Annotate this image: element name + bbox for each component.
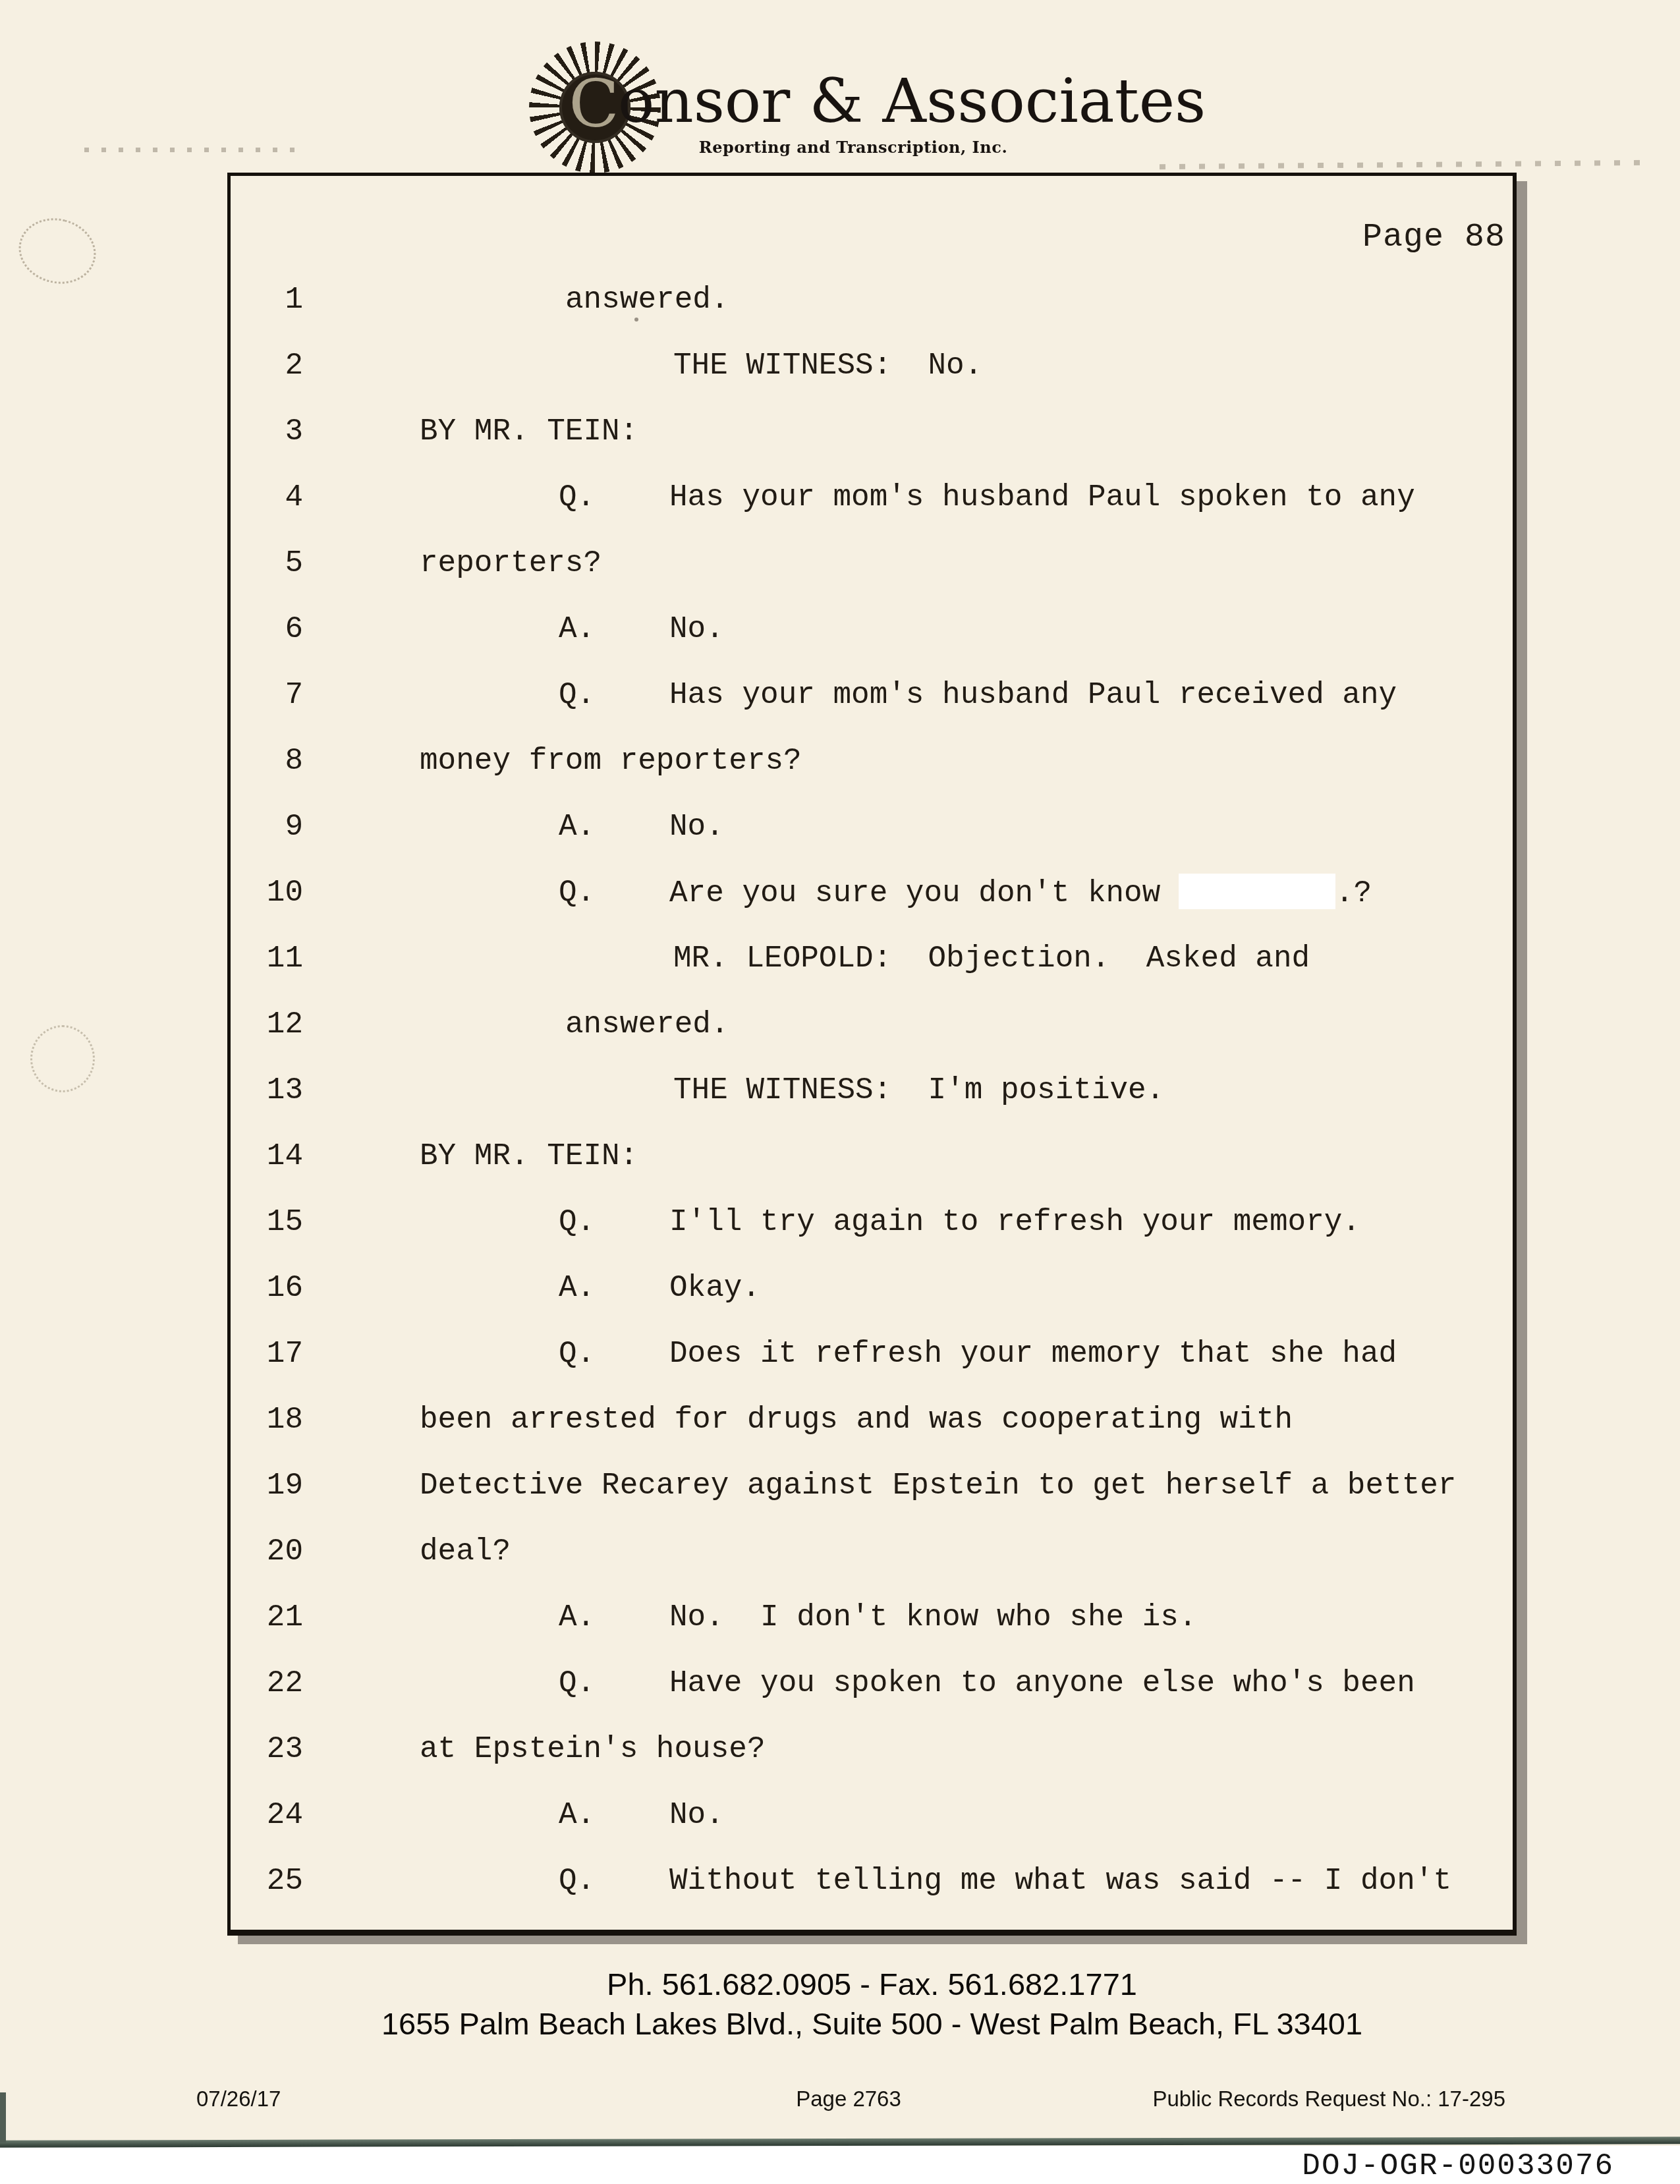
transcript-line: 24A.No. [0, 1796, 1680, 1838]
transcript-page-label: Page 88 [1362, 219, 1505, 256]
line-number: 22 [237, 1664, 303, 1702]
qa-marker: Q. [559, 478, 595, 517]
transcript-line: 19Detective Recarey against Epstein to g… [0, 1467, 1680, 1509]
scanned-transcript-page: C onsor & Associates Reporting and Trans… [0, 0, 1680, 2184]
transcript-line: 8money from reporters? [0, 742, 1680, 784]
line-text: Okay. [669, 1269, 760, 1307]
transcript-line: 14BY MR. TEIN: [0, 1137, 1680, 1179]
line-text: THE WITNESS: No. [673, 347, 982, 385]
transcript-line: 9A.No. [0, 808, 1680, 850]
transcript-line: 12answered. [0, 1005, 1680, 1048]
company-name: onsor & Associates [618, 71, 1206, 132]
line-text: No. [669, 1796, 724, 1834]
transcript-line: 21A.No. I don't know who she is. [0, 1598, 1680, 1640]
transcript-line: 1answered. [0, 281, 1680, 323]
line-number: 7 [237, 676, 303, 714]
line-text: I'll try again to refresh your memory. [669, 1203, 1360, 1241]
line-number: 8 [237, 742, 303, 780]
paper-left-edge [0, 2092, 6, 2142]
transcript-line: 17Q.Does it refresh your memory that she… [0, 1335, 1680, 1377]
transcript-line: 4Q.Has your mom's husband Paul spoken to… [0, 478, 1680, 520]
transcript-line: 18been arrested for drugs and was cooper… [0, 1401, 1680, 1443]
line-text: at Epstein's house? [420, 1730, 766, 1768]
line-number: 23 [237, 1730, 303, 1768]
scan-artifact-circle-top [12, 210, 103, 292]
scan-speckle-left [84, 148, 302, 152]
line-text: Have you spoken to anyone else who's bee… [669, 1664, 1415, 1702]
line-number: 1 [237, 281, 303, 319]
transcript-line: 22Q.Have you spoken to anyone else who's… [0, 1664, 1680, 1706]
line-number: 2 [237, 347, 303, 385]
transcript-line: 23at Epstein's house? [0, 1730, 1680, 1772]
line-text: BY MR. TEIN: [420, 1137, 638, 1175]
line-number: 25 [237, 1862, 303, 1900]
line-text: No. I don't know who she is. [669, 1598, 1197, 1637]
address-line: 1655 Palm Beach Lakes Blvd., Suite 500 -… [227, 2005, 1517, 2042]
line-number: 20 [237, 1532, 303, 1571]
line-number: 9 [237, 808, 303, 846]
transcript-line: 15Q.I'll try again to refresh your memor… [0, 1203, 1680, 1245]
line-number: 16 [237, 1269, 303, 1307]
line-number: 19 [237, 1467, 303, 1505]
transcript-line: 7Q.Has your mom's husband Paul received … [0, 676, 1680, 718]
line-number: 6 [237, 610, 303, 648]
scan-speckle-right [1160, 160, 1650, 170]
line-number: 13 [237, 1071, 303, 1109]
qa-marker: Q. [559, 1862, 595, 1900]
qa-marker: Q. [559, 1664, 595, 1702]
line-text: Has your mom's husband Paul spoken to an… [669, 478, 1415, 517]
line-text: answered. [565, 281, 729, 319]
footer-records-request: Public Records Request No.: 17-295 [1152, 2086, 1505, 2112]
qa-marker: Q. [559, 874, 595, 912]
qa-marker: A. [559, 808, 595, 846]
line-text: answered. [565, 1005, 729, 1044]
qa-marker: Q. [559, 1335, 595, 1373]
line-text: been arrested for drugs and was cooperat… [420, 1401, 1293, 1439]
line-number: 17 [237, 1335, 303, 1373]
footer-date: 07/26/17 [196, 2086, 281, 2112]
line-text: No. [669, 808, 724, 846]
transcript-line: 3BY MR. TEIN: [0, 412, 1680, 455]
line-text: Are you sure you don't know .? [669, 874, 1372, 912]
phone-fax-line: Ph. 561.682.0905 - Fax. 561.682.1771 [227, 1966, 1517, 2003]
line-number: 21 [237, 1598, 303, 1637]
line-text: MR. LEOPOLD: Objection. Asked and [673, 939, 1310, 978]
line-text: THE WITNESS: I'm positive. [673, 1071, 1164, 1109]
line-text: Does it refresh your memory that she had [669, 1335, 1397, 1373]
line-number: 12 [237, 1005, 303, 1044]
transcript-line: 5reporters? [0, 544, 1680, 586]
qa-marker: A. [559, 1598, 595, 1637]
line-number: 11 [237, 939, 303, 978]
line-text: No. [669, 610, 724, 648]
line-number: 10 [237, 874, 303, 912]
line-text: deal? [420, 1532, 511, 1571]
line-number: 3 [237, 412, 303, 451]
transcript-line: 20deal? [0, 1532, 1680, 1575]
line-number: 4 [237, 478, 303, 517]
transcript-line: 11MR. LEOPOLD: Objection. Asked and [0, 939, 1680, 982]
transcript-line: 10Q.Are you sure you don't know .? [0, 874, 1680, 916]
line-text: Without telling me what was said -- I do… [669, 1862, 1451, 1900]
line-text: money from reporters? [420, 742, 802, 780]
bates-number: DOJ-OGR-00033076 [1302, 2149, 1614, 2183]
footer-page-number: Page 2763 [796, 2086, 901, 2112]
qa-marker: A. [559, 1796, 595, 1834]
line-number: 15 [237, 1203, 303, 1241]
transcript-line: 25Q.Without telling me what was said -- … [0, 1862, 1680, 1904]
line-text: reporters? [420, 544, 602, 582]
line-text: Has your mom's husband Paul received any [669, 676, 1397, 714]
transcript-line: 6A.No. [0, 610, 1680, 652]
line-number: 24 [237, 1796, 303, 1834]
qa-marker: A. [559, 1269, 595, 1307]
transcript-line: 16A.Okay. [0, 1269, 1680, 1311]
qa-marker: Q. [559, 676, 595, 714]
redaction-box [1179, 874, 1335, 909]
line-number: 5 [237, 544, 303, 582]
line-number: 14 [237, 1137, 303, 1175]
transcript-line: 2THE WITNESS: No. [0, 347, 1680, 389]
line-number: 18 [237, 1401, 303, 1439]
company-tagline: Reporting and Transcription, Inc. [699, 140, 1008, 155]
line-text: BY MR. TEIN: [420, 412, 638, 451]
line-text: Detective Recarey against Epstein to get… [420, 1467, 1456, 1505]
logo-letter: C [569, 71, 619, 137]
qa-marker: Q. [559, 1203, 595, 1241]
qa-marker: A. [559, 610, 595, 648]
transcript-line: 13THE WITNESS: I'm positive. [0, 1071, 1680, 1113]
